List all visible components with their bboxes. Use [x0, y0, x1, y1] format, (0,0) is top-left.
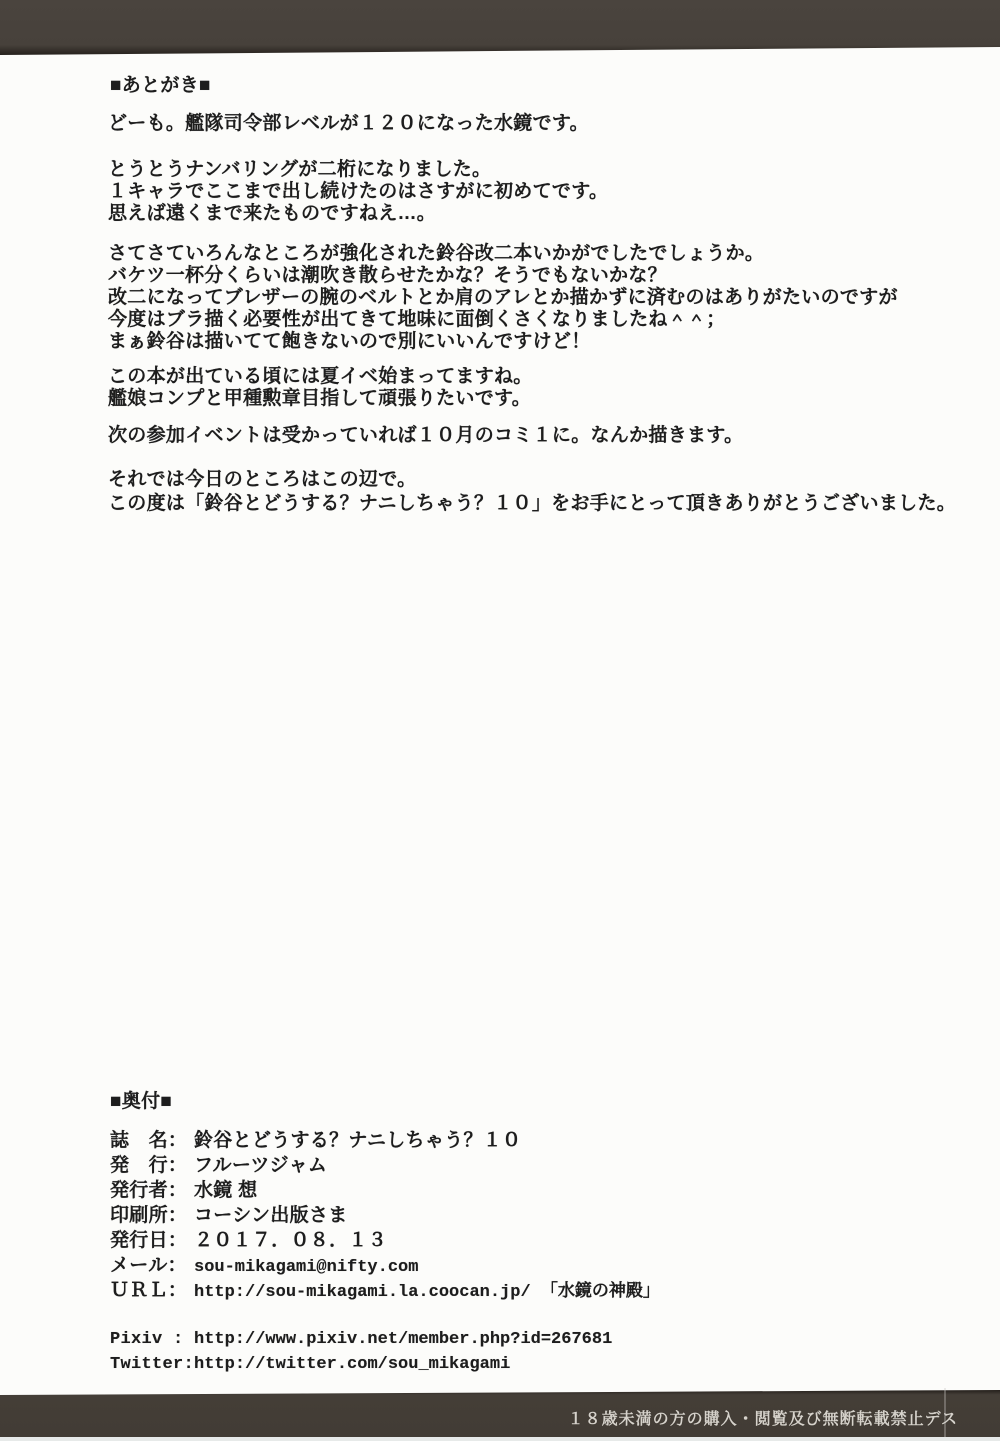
colophon-row: 印刷所：コーシン出版さま — [110, 1203, 660, 1228]
text-line: まぁ鈴谷は描いてて飽きないので別にいいんですけど！ — [108, 331, 898, 353]
twitter-label: Twitter: — [110, 1352, 194, 1377]
text-line: 艦娘コンプと甲種勲章目指して頑張りたいです。 — [108, 388, 533, 410]
twitter-url: http://twitter.com/sou_mikagami — [194, 1355, 510, 1374]
colophon-row: 発行者：水鏡 想 — [110, 1178, 660, 1203]
colophon-links: Pixiv :http://www.pixiv.net/member.php?i… — [110, 1325, 612, 1375]
colophon-row: 誌 名：鈴谷とどうする？ナニしちゃう？１０ — [110, 1128, 660, 1153]
colophon-value: コーシン出版さま — [194, 1205, 348, 1226]
text-line: 今度はブラ描く必要性が出てきて地味に面倒くさくなりましたね＾＾； — [108, 309, 898, 331]
text-line: １キャラでここまで出し続けたのはさすがに初めてです。 — [108, 181, 608, 203]
colophon-value: ２０１７．０８．１３ — [194, 1230, 387, 1251]
colophon-row: 発行日：２０１７．０８．１３ — [110, 1228, 660, 1253]
colophon-label: メール： — [110, 1253, 194, 1278]
colophon-label: 発行日： — [110, 1228, 194, 1253]
age-restriction-notice-bar: １８歳未満の方の購入・閲覧及び無断転載禁止デス — [0, 1390, 1000, 1437]
colophon-heading: ■奥付■ — [110, 1086, 172, 1113]
scan-top-border — [0, 0, 1000, 56]
afterword-paragraph: さてさていろんなところが強化された鈴谷改二本いかがでしたでしょうか。 バケツ一杯… — [108, 243, 898, 353]
afterword-paragraph: 次の参加イベントは受かっていれば１０月のコミ１に。なんか描きます。 — [108, 425, 743, 447]
colophon-label: 印刷所： — [110, 1203, 194, 1228]
colophon-value: 鈴谷とどうする？ナニしちゃう？１０ — [194, 1130, 521, 1151]
text-line: 思えば遠くまで来たものですねえ…。 — [108, 203, 608, 225]
text-line: それでは今日のところはこの辺で。 — [108, 468, 956, 492]
colophon-label: ＵＲＬ： — [110, 1278, 194, 1303]
text-line: さてさていろんなところが強化された鈴谷改二本いかがでしたでしょうか。 — [108, 243, 898, 265]
colophon-row-pixiv: Pixiv :http://www.pixiv.net/member.php?i… — [110, 1325, 612, 1350]
text-line: この本が出ている頃には夏イベ始まってますね。 — [108, 366, 533, 388]
afterword-paragraph: とうとうナンバリングが二桁になりました。 １キャラでここまで出し続けたのはさすが… — [108, 159, 608, 225]
colophon-label: 発 行： — [110, 1153, 194, 1178]
website-url: http://sou-mikagami.la.coocan.jp/ 「水鏡の神殿… — [194, 1283, 660, 1302]
text-line: この度は「鈴谷とどうする？ナニしちゃう？１０」をお手にとって頂きありがとうござい… — [108, 492, 956, 516]
pixiv-url: http://www.pixiv.net/member.php?id=26768… — [194, 1330, 612, 1349]
text-line: バケツ一杯分くらいは潮吹き散らせたかな？そうでもないかな？ — [108, 265, 898, 287]
colophon-row-url: ＵＲＬ：http://sou-mikagami.la.coocan.jp/ 「水… — [110, 1278, 660, 1303]
colophon-row-email: メール：sou-mikagami@nifty.com — [110, 1253, 660, 1278]
colophon-value: 水鏡 想 — [194, 1180, 257, 1201]
colophon-row-twitter: Twitter:http://twitter.com/sou_mikagami — [110, 1350, 612, 1375]
text-line: とうとうナンバリングが二桁になりました。 — [108, 159, 608, 181]
text-line: 改二になってブレザーの腕のベルトとか肩のアレとか描かずに済むのはありがたいのです… — [108, 287, 898, 309]
pixiv-label: Pixiv : — [110, 1327, 194, 1352]
scan-seam-artifact — [944, 1388, 946, 1441]
email-address: sou-mikagami@nifty.com — [194, 1258, 418, 1277]
scan-bottom-edge — [0, 1437, 1000, 1441]
afterword-paragraph: それでは今日のところはこの辺で。 この度は「鈴谷とどうする？ナニしちゃう？１０」… — [108, 468, 956, 516]
scanned-page: ■あとがき■ どーも。艦隊司令部レベルが１２０になった水鏡です。 とうとうナンバ… — [0, 0, 1000, 1441]
afterword-heading: ■あとがき■ — [110, 70, 211, 97]
text-line: 次の参加イベントは受かっていれば１０月のコミ１に。なんか描きます。 — [108, 425, 743, 447]
colophon-row: 発 行：フルーツジャム — [110, 1153, 660, 1178]
colophon-label: 誌 名： — [110, 1128, 194, 1153]
colophon-rows: 誌 名：鈴谷とどうする？ナニしちゃう？１０ 発 行：フルーツジャム 発行者：水鏡… — [110, 1128, 660, 1303]
afterword-paragraph: どーも。艦隊司令部レベルが１２０になった水鏡です。 — [108, 113, 589, 135]
text-line: どーも。艦隊司令部レベルが１２０になった水鏡です。 — [108, 113, 589, 135]
colophon-value: フルーツジャム — [194, 1155, 327, 1176]
age-restriction-notice: １８歳未満の方の購入・閲覧及び無断転載禁止デス — [568, 1411, 958, 1428]
colophon-label: 発行者： — [110, 1178, 194, 1203]
afterword-paragraph: この本が出ている頃には夏イベ始まってますね。 艦娘コンプと甲種勲章目指して頑張り… — [108, 366, 533, 410]
